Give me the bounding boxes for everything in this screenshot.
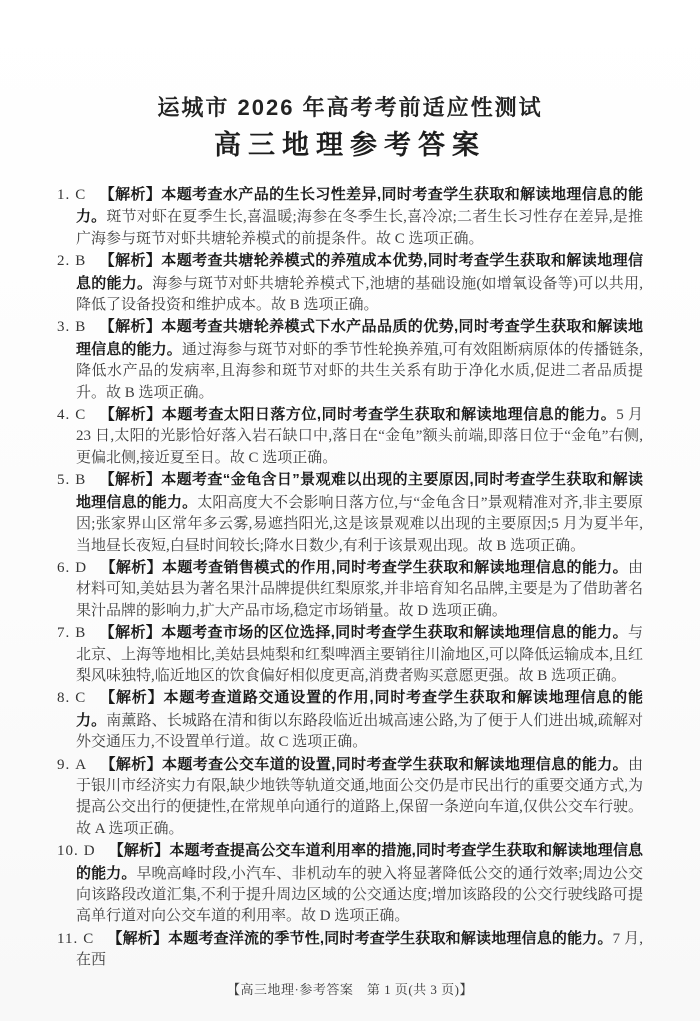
answer-letter: C <box>75 407 85 423</box>
question-number: 4. <box>57 407 70 423</box>
answer-letter: C <box>75 187 85 203</box>
answer-item-10: 10.D【解析】本题考查提高公交车道利用率的措施,同时考查学生获取和解读地理信息… <box>57 840 643 928</box>
exam-title: 运城市 2026 年高考考前适应性测试 <box>57 94 643 122</box>
answer-letter: B <box>75 319 85 335</box>
answer-item-1: 1.C【解析】本题考查水产品的生长习性差异,同时考查学生获取和解读地理信息的能力… <box>57 184 643 250</box>
question-number: 2. <box>57 253 70 269</box>
answer-item-4: 4.C【解析】本题考查太阳日落方位,同时考查学生获取和解读地理信息的能力。5 月… <box>57 404 643 469</box>
explanation-topic: 【解析】本题考查洋流的季节性,同时考查学生获取和解读地理信息的能力。 <box>107 930 612 947</box>
explanation-topic: 【解析】本题考查太阳日落方位,同时考查学生获取和解读地理信息的能力。 <box>99 406 616 423</box>
answer-item-8: 8.C【解析】本题考查道路交通设置的作用,同时考查学生获取和解读地理信息的能力。… <box>57 687 643 753</box>
answer-letter: B <box>75 625 85 641</box>
answer-letter: D <box>75 560 86 576</box>
question-number: 11. <box>57 931 78 947</box>
answer-list: 1.C【解析】本题考查水产品的生长习性差异,同时考查学生获取和解读地理信息的能力… <box>57 184 643 972</box>
question-number: 6. <box>57 560 70 576</box>
question-number: 1. <box>57 187 70 203</box>
answer-item-2: 2.B【解析】本题考查共塘轮养模式的养殖成本优势,同时考查学生获取和解读地理信息… <box>57 250 643 316</box>
question-number: 8. <box>57 690 70 706</box>
answer-letter: C <box>83 931 93 947</box>
question-number: 5. <box>57 472 70 488</box>
answer-item-6: 6.D【解析】本题考查销售模式的作用,同时考查学生获取和解读地理信息的能力。由材… <box>57 557 643 622</box>
explanation-text: 海参与斑节对虾共塘轮养模式下,池塘的基础设施(如增氧设备等)可以共用,降低了设备… <box>76 276 643 313</box>
question-number: 3. <box>57 319 70 335</box>
page-footer: 【高三地理·参考答案 第 1 页(共 3 页)】 <box>57 979 643 998</box>
answer-item-11: 11.C【解析】本题考查洋流的季节性,同时考查学生获取和解读地理信息的能力。7 … <box>57 928 643 972</box>
answer-letter: D <box>84 843 95 859</box>
answer-letter: B <box>75 253 85 269</box>
answer-key-subtitle: 高三地理参考答案 <box>57 129 643 162</box>
explanation-topic: 【解析】本题考查市场的区位选择,同时考查学生获取和解读地理信息的能力。 <box>99 624 628 641</box>
answer-item-7: 7.B【解析】本题考查市场的区位选择,同时考查学生获取和解读地理信息的能力。与北… <box>57 622 643 687</box>
explanation-topic: 【解析】本题考查公交车道的设置,同时考查学生获取和解读地理信息的能力。 <box>100 756 628 773</box>
answer-key-document: 运城市 2026 年高考考前适应性测试 高三地理参考答案 1.C【解析】本题考查… <box>0 0 700 998</box>
question-number: 7. <box>57 625 70 641</box>
explanation-topic: 【解析】本题考查销售模式的作用,同时考查学生获取和解读地理信息的能力。 <box>100 559 628 576</box>
explanation-text: 早晚高峰时段,小汽车、非机动车的驶入将显著降低公交的通行效率;周边公交向该路段改… <box>76 866 643 925</box>
answer-item-9: 9.A【解析】本题考查公交车道的设置,同时考查学生获取和解读地理信息的能力。由于… <box>57 754 643 841</box>
answer-item-3: 3.B【解析】本题考查共塘轮养模式下水产品品质的优势,同时考查学生获取和解读地理… <box>57 316 643 404</box>
answer-letter: A <box>75 757 86 773</box>
answer-item-5: 5.B【解析】本题考查“金龟含日”景观难以出现的主要原因,同时考查学生获取和解读… <box>57 469 643 557</box>
question-number: 9. <box>57 757 70 773</box>
explanation-text: 斑节对虾在夏季生长,喜温暖;海参在冬季生长,喜冷凉;二者生长习性存在差异,是推广… <box>76 209 643 246</box>
question-number: 10. <box>57 843 79 859</box>
answer-letter: C <box>75 690 85 706</box>
explanation-text: 南薰路、长城路在清和街以东路段临近出城高速公路,为了便于人们进出城,疏解对外交通… <box>76 713 643 750</box>
answer-letter: B <box>75 472 85 488</box>
